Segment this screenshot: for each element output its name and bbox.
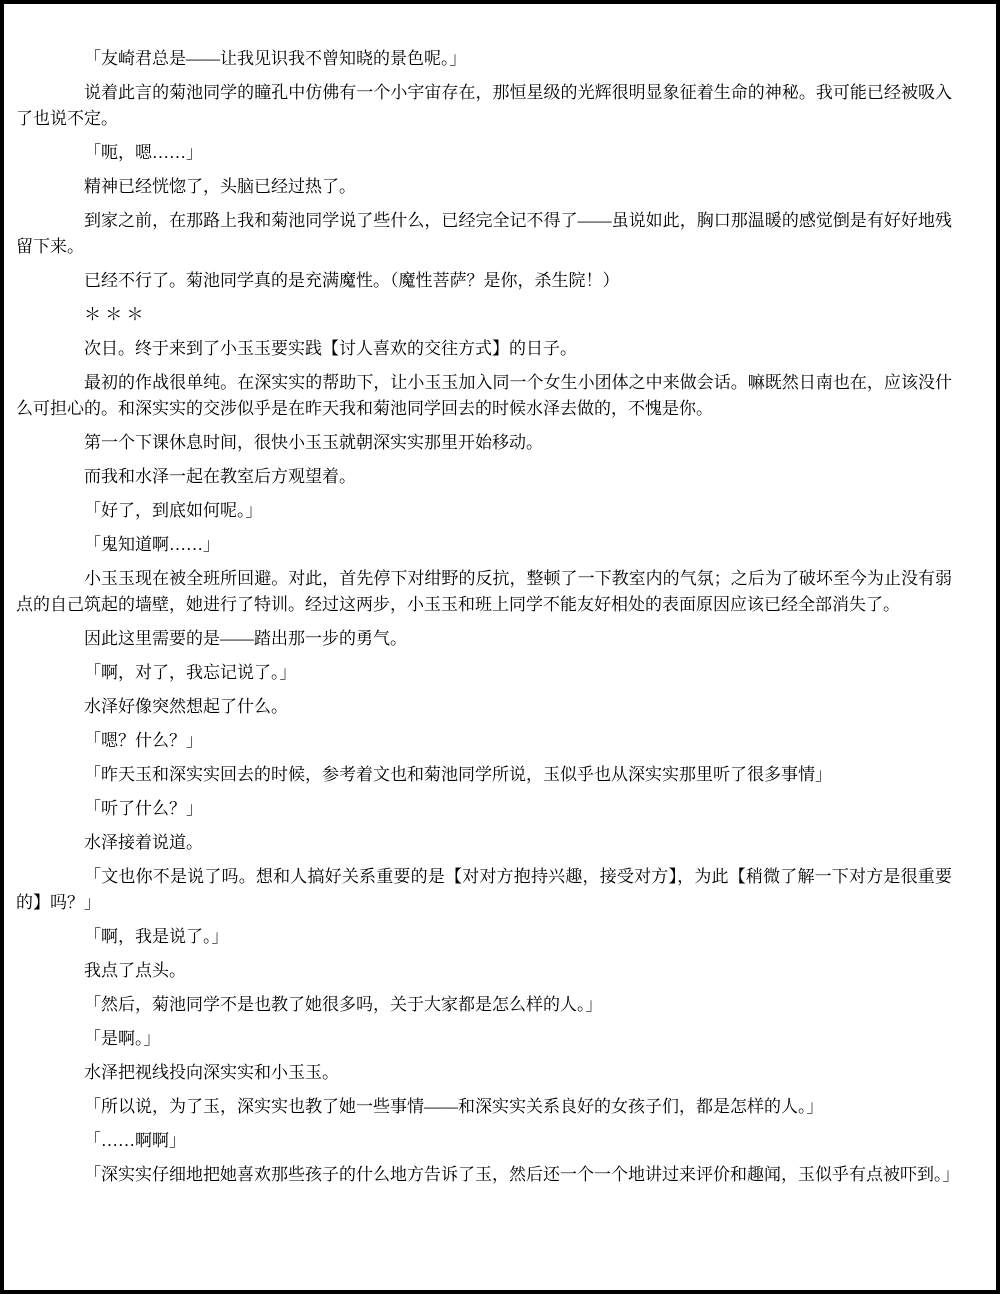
paragraph: 而我和水泽一起在教室后方观望着。 xyxy=(16,464,952,490)
paragraph: 「昨天玉和深实实回去的时候，参考着文也和菊池同学所说，玉似乎也从深实实那里听了很… xyxy=(16,762,952,788)
novel-page: 「友崎君总是——让我见识我不曾知晓的景色呢。」说着此言的菊池同学的瞳孔中仿佛有一… xyxy=(0,0,1000,1294)
text-body: 「友崎君总是——让我见识我不曾知晓的景色呢。」说着此言的菊池同学的瞳孔中仿佛有一… xyxy=(4,4,996,1290)
paragraph: 「啊，我是说了。」 xyxy=(16,924,952,950)
paragraph: 到家之前，在那路上我和菊池同学说了些什么，已经完全记不得了——虽说如此，胸口那温… xyxy=(16,208,952,260)
paragraph: 水泽好像突然想起了什么。 xyxy=(16,694,952,720)
paragraph: 「嗯？什么？」 xyxy=(16,728,952,754)
paragraph: 次日。终于来到了小玉玉要实践【讨人喜欢的交往方式】的日子。 xyxy=(16,336,952,362)
paragraph: 精神已经恍惚了，头脑已经过热了。 xyxy=(16,174,952,200)
paragraph: 「深实实仔细地把她喜欢那些孩子的什么地方告诉了玉，然后还一个一个地讲过来评价和趣… xyxy=(16,1162,952,1188)
paragraph: 「文也你不是说了吗。想和人搞好关系重要的是【对对方抱持兴趣，接受对方】，为此【稍… xyxy=(16,864,952,916)
paragraph: 最初的作战很单纯。在深实实的帮助下，让小玉玉加入同一个女生小团体之中来做会话。嘛… xyxy=(16,370,952,422)
paragraph: 「啊，对了，我忘记说了。」 xyxy=(16,660,952,686)
paragraph: 我点了点头。 xyxy=(16,958,952,984)
paragraph: 说着此言的菊池同学的瞳孔中仿佛有一个小宇宙存在，那恒星级的光辉很明显象征着生命的… xyxy=(16,80,952,132)
paragraph: 因此这里需要的是——踏出那一步的勇气。 xyxy=(16,626,952,652)
paragraph: 「听了什么？」 xyxy=(16,796,952,822)
paragraph: 小玉玉现在被全班所回避。对此，首先停下对绀野的反抗，整顿了一下教室内的气氛；之后… xyxy=(16,566,952,618)
paragraph: 已经不行了。菊池同学真的是充满魔性。（魔性菩萨？是你，杀生院！） xyxy=(16,268,952,294)
paragraph: 「是啊。」 xyxy=(16,1026,952,1052)
paragraph: 「所以说，为了玉，深实实也教了她一些事情——和深实实关系良好的女孩子们，都是怎样… xyxy=(16,1094,952,1120)
scene-divider: ＊ ＊ ＊ xyxy=(16,302,952,328)
paragraph: 「好了，到底如何呢。」 xyxy=(16,498,952,524)
paragraph: 「友崎君总是——让我见识我不曾知晓的景色呢。」 xyxy=(16,46,952,72)
paragraph: 「鬼知道啊……」 xyxy=(16,532,952,558)
paragraph: 第一个下课休息时间，很快小玉玉就朝深实实那里开始移动。 xyxy=(16,430,952,456)
paragraph: 「然后，菊池同学不是也教了她很多吗，关于大家都是怎么样的人。」 xyxy=(16,992,952,1018)
paragraph: 水泽接着说道。 xyxy=(16,830,952,856)
paragraph: 「呃，嗯……」 xyxy=(16,140,952,166)
paragraph: 水泽把视线投向深实实和小玉玉。 xyxy=(16,1060,952,1086)
paragraph: 「……啊啊」 xyxy=(16,1128,952,1154)
